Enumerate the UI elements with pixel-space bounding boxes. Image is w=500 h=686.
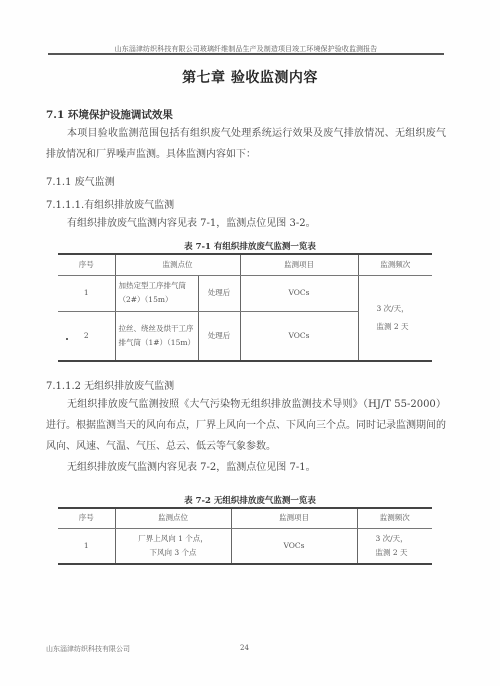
cell-location: 加热定型工序排气筒（2#）（15m） <box>115 275 198 311</box>
cell-item: VOCs <box>231 528 357 564</box>
footer-company: 山东淄津纺织科技有限公司 <box>46 644 130 654</box>
section-heading-7-1-1-1: 7.1.1.1.有组织排放废气监测 <box>46 196 174 211</box>
frequency-line-1: 3 次/天， <box>376 532 430 546</box>
cell-no: 1 <box>58 275 115 311</box>
cell-stage: 处理后 <box>198 275 240 311</box>
location-line-1: 厂界上风向 1 个点， <box>119 532 228 546</box>
section-7-1-1-1-text: 有组织排放废气监测内容见表 7-1，监测点位见图 3-2。 <box>46 213 446 234</box>
table-7-1-caption: 表 7-1 有组织排放废气监测一览表 <box>0 240 500 252</box>
cell-frequency: 3 次/天， 监测 2 天 <box>357 528 432 564</box>
cell-location: 拉丝、绕丝及烘干工序排气筒（1#）（15m） <box>115 311 198 361</box>
location-line-2: 下风向 3 个点 <box>119 546 228 560</box>
header-cell: 序号 <box>58 508 115 528</box>
table-7-2: 序号 监测点位 监测项目 监测频次 1 厂界上风向 1 个点， 下风向 3 个点… <box>58 507 432 565</box>
table-7-2-caption: 表 7-2 无组织排放废气监测一览表 <box>0 494 500 506</box>
section-7-1-1-2-text-2: 无组织排放废气监测内容见表 7-2，监测点位见图 7-1。 <box>46 457 446 478</box>
section-heading-7-1-1: 7.1.1 废气监测 <box>46 173 115 188</box>
section-heading-7-1-1-2: 7.1.1.2 无组织排放废气监测 <box>46 377 174 392</box>
cell-stage: 处理后 <box>198 311 240 361</box>
page-number: 24 <box>240 644 249 652</box>
section-heading-7-1: 7.1 环境保护设施调试效果 <box>46 107 173 122</box>
cell-no: 2 <box>58 311 115 361</box>
table-7-1: 序号 监测点位 监测项目 监测频次 1 加热定型工序排气筒（2#）（15m） 处… <box>58 253 432 362</box>
table-header-row: 序号 监测点位 监测项目 监测频次 <box>58 254 432 275</box>
table-header-row: 序号 监测点位 监测项目 监测频次 <box>58 508 432 528</box>
cell-item: VOCs <box>240 275 358 311</box>
section-7-1-intro: 本项目验收监测范围包括有组织废气处理系统运行效果及废气排放情况、无组织废气排放情… <box>46 123 446 165</box>
header-cell: 监测点位 <box>115 508 231 528</box>
frequency-line-2: 监测 2 天 <box>377 320 430 334</box>
header-cell: 监测频次 <box>357 508 432 528</box>
scan-speck <box>66 338 68 340</box>
frequency-line-2: 监测 2 天 <box>376 546 430 560</box>
header-cell: 监测频次 <box>358 254 432 275</box>
document-page: 山东淄津纺织科技有限公司玻璃纤维制品生产及制造项目竣工环境保护验收监测报告 第七… <box>0 0 500 686</box>
table-row: 1 厂界上风向 1 个点， 下风向 3 个点 VOCs 3 次/天， 监测 2 … <box>58 528 432 564</box>
cell-location: 厂界上风向 1 个点， 下风向 3 个点 <box>115 528 231 564</box>
chapter-title: 第七章 验收监测内容 <box>0 67 500 87</box>
frequency-line-1: 3 次/天， <box>377 302 430 316</box>
header-cell: 监测点位 <box>115 254 240 275</box>
header-rule <box>48 53 444 55</box>
cell-no: 1 <box>58 528 115 564</box>
cell-item: VOCs <box>240 311 358 361</box>
table-row: 1 加热定型工序排气筒（2#）（15m） 处理后 VOCs 3 次/天， 监测 … <box>58 275 432 311</box>
section-7-1-1-2-text-1: 无组织排放废气监测按照《大气污染物无组织排放监测技术导则》（HJ/T 55-20… <box>46 394 446 457</box>
header-cell: 监测项目 <box>240 254 358 275</box>
cell-frequency: 3 次/天， 监测 2 天 <box>358 275 432 361</box>
header-cell: 监测项目 <box>231 508 357 528</box>
header-cell: 序号 <box>58 254 115 275</box>
